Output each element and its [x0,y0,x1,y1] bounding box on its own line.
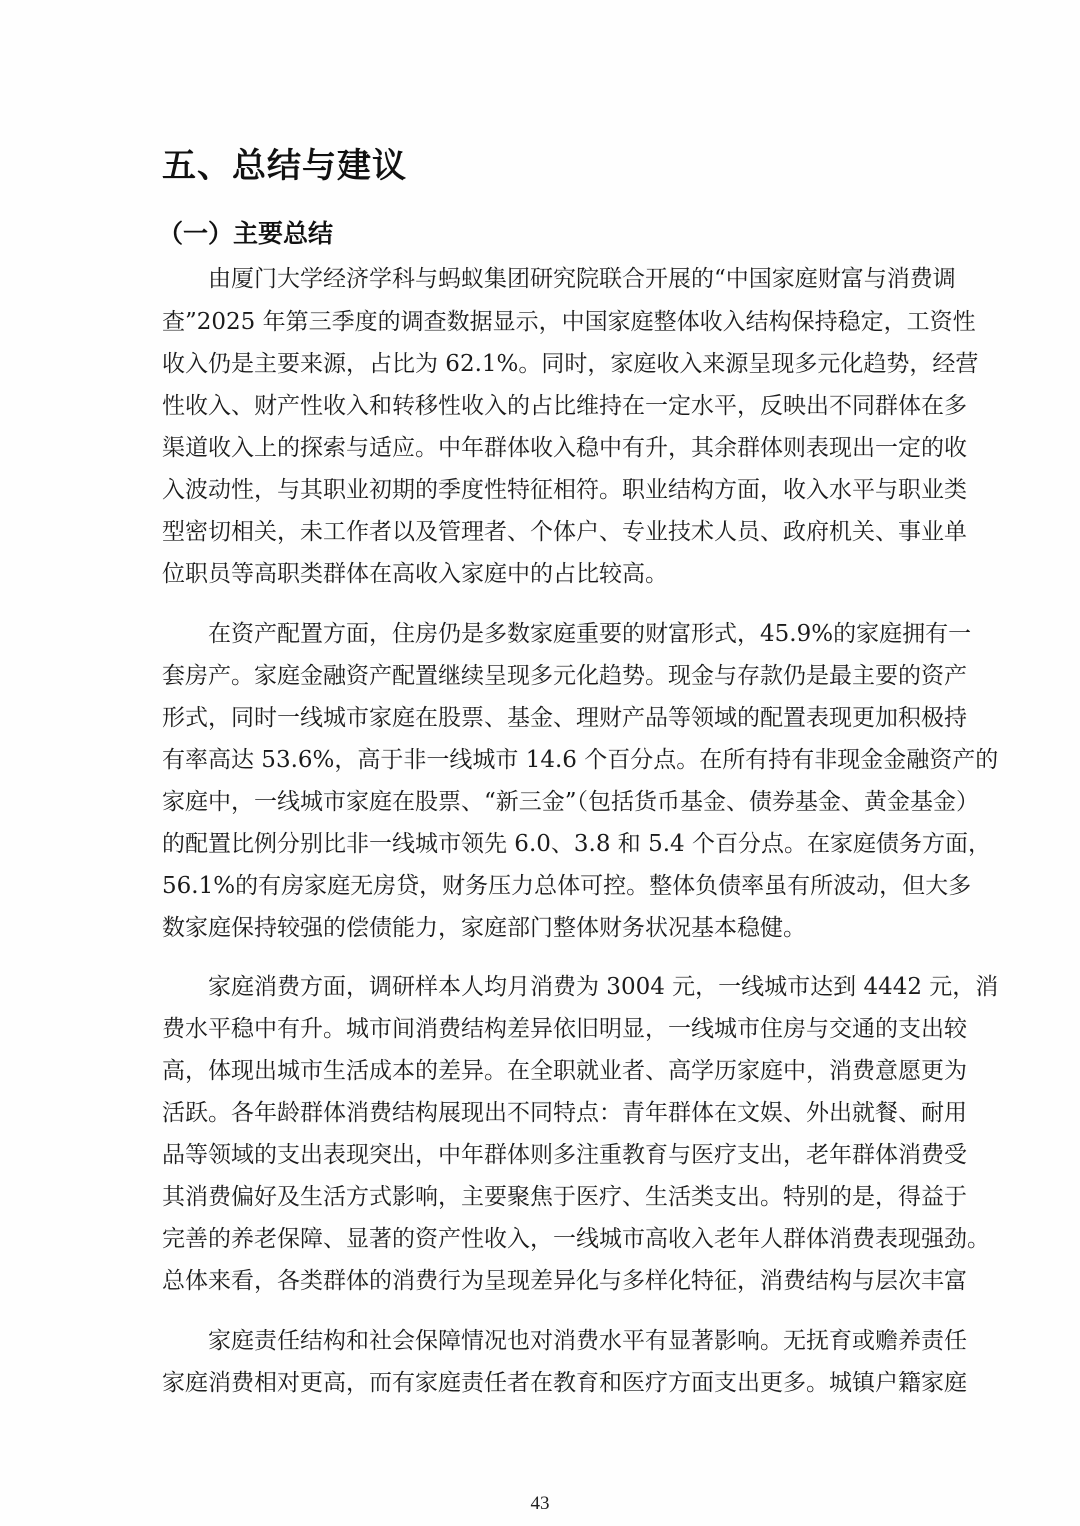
text-line: 56.1%的有房家庭无房贷，财务压力总体可控。整体负债率虽有所波动，但大多 [162,871,918,901]
text-line: 活跃。各年龄群体消费结构展现出不同特点：青年群体在文娱、外出就餐、耐用 [162,1098,918,1128]
text-line: 费水平稳中有升。城市间消费结构差异依旧明显，一线城市住房与交通的支出较 [162,1014,918,1044]
section-title: 五、总结与建议 [162,138,407,187]
text-line: 家庭中，一线城市家庭在股票、“新三金”（包括货币基金、债券基金、黄金基金） [162,787,918,817]
text-line: 在资产配置方面，住房仍是多数家庭重要的财富形式，45.9%的家庭拥有一 [208,619,918,649]
text-line: 数家庭保持较强的偿债能力，家庭部门整体财务状况基本稳健。 [162,913,918,943]
page-number: 43 [0,1493,1080,1515]
text-line: 型密切相关，未工作者以及管理者、个体户、专业技术人员、政府机关、事业单 [162,517,918,547]
text-line: 收入仍是主要来源，占比为 62.1%。同时，家庭收入来源呈现多元化趋势，经营 [162,349,918,379]
text-line: 的配置比例分别比非一线城市领先 6.0、3.8 和 5.4 个百分点。在家庭债务… [162,829,918,859]
text-line: 品等领域的支出表现突出，中年群体则多注重教育与医疗支出，老年群体消费受 [162,1140,918,1170]
text-line: 渠道收入上的探索与适应。中年群体收入稳中有升，其余群体则表现出一定的收 [162,433,918,463]
text-line: 总体来看，各类群体的消费行为呈现差异化与多样化特征，消费结构与层次丰富 [162,1266,918,1296]
text-line: 形式，同时一线城市家庭在股票、基金、理财产品等领域的配置表现更加积极持 [162,703,918,733]
text-line: 有率高达 53.6%，高于非一线城市 14.6 个百分点。在所有持有非现金金融资… [162,745,918,775]
text-line: 位职员等高职类群体在高收入家庭中的占比较高。 [162,559,918,589]
text-line: 家庭消费方面，调研样本人均月消费为 3004 元，一线城市达到 4442 元，消 [208,972,918,1002]
text-line: 入波动性，与其职业初期的季度性特征相符。职业结构方面，收入水平与职业类 [162,475,918,505]
text-line: 其消费偏好及生活方式影响，主要聚焦于医疗、生活类支出。特别的是，得益于 [162,1182,918,1212]
subsection-title: （一）主要总结 [158,214,333,250]
text-line: 查”2025 年第三季度的调查数据显示，中国家庭整体收入结构保持稳定，工资性 [162,307,918,337]
document-page: 五、总结与建议 （一）主要总结 由厦门大学经济学科与蚂蚁集团研究院联合开展的“中… [0,0,1080,1526]
text-line: 家庭责任结构和社会保障情况也对消费水平有显著影响。无抚育或赡养责任 [208,1326,918,1356]
text-line: 家庭消费相对更高，而有家庭责任者在教育和医疗方面支出更多。城镇户籍家庭 [162,1368,918,1398]
text-line: 高，体现出城市生活成本的差异。在全职就业者、高学历家庭中，消费意愿更为 [162,1056,918,1086]
text-line: 完善的养老保障、显著的资产性收入，一线城市高收入老年人群体消费表现强劲。 [162,1224,918,1254]
text-line: 性收入、财产性收入和转移性收入的占比维持在一定水平，反映出不同群体在多 [162,391,918,421]
text-line: 由厦门大学经济学科与蚂蚁集团研究院联合开展的“中国家庭财富与消费调 [208,264,918,294]
text-line: 套房产。家庭金融资产配置继续呈现多元化趋势。现金与存款仍是最主要的资产 [162,661,918,691]
